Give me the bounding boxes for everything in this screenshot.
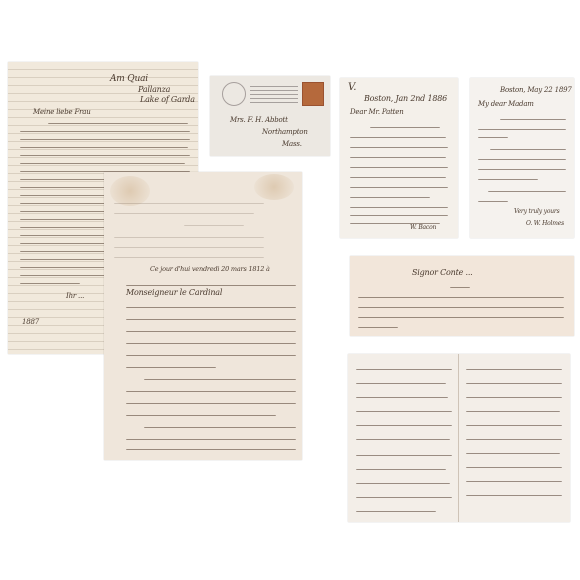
fold-crease bbox=[458, 354, 459, 522]
salutation: Meine liebe Frau bbox=[33, 108, 91, 116]
signature: W. Bacon bbox=[410, 224, 436, 231]
french-letter: Ce jour d'hui vendredi 20 mars 1812 à Mo… bbox=[104, 172, 302, 460]
postage-stamp bbox=[302, 82, 324, 106]
salutation: Dear Mr. Patten bbox=[350, 108, 404, 116]
envelope-address-line-3: Mass. bbox=[282, 140, 302, 148]
opening-line: Ce jour d'hui vendredi 20 mars 1812 à bbox=[150, 265, 270, 273]
closing: Ihr ... bbox=[66, 292, 84, 300]
envelope-address-line-2: Northampton bbox=[262, 128, 308, 136]
date-note: 1887 bbox=[22, 318, 39, 326]
note-heading: Signor Conte ... bbox=[412, 268, 473, 277]
closing: Very truly yours bbox=[514, 208, 559, 215]
italian-note: Signor Conte ... bbox=[350, 256, 574, 336]
boston-letter-jan: V. Boston, Jan 2nd 1886 Dear Mr. Patten … bbox=[340, 78, 458, 238]
boston-letter-may: Boston, May 22 1897 My dear Madam Very t… bbox=[470, 78, 574, 238]
address-line-2: Pallanza bbox=[138, 85, 170, 94]
envelope-address-line-1: Mrs. F. H. Abbott bbox=[230, 116, 288, 124]
address-line-1: Am Quai bbox=[110, 74, 148, 84]
corner-mark: V. bbox=[348, 82, 356, 93]
dateline: Boston, May 22 1897 bbox=[500, 86, 572, 94]
address-line-3: Lake of Garda bbox=[140, 95, 195, 104]
addressee-line: Monseigneur le Cardinal bbox=[126, 288, 222, 297]
postmark bbox=[222, 82, 246, 106]
folded-letter bbox=[348, 354, 570, 522]
salutation: My dear Madam bbox=[478, 100, 534, 108]
signature: O. W. Holmes bbox=[526, 220, 564, 227]
envelope: Mrs. F. H. Abbott Northampton Mass. bbox=[210, 76, 330, 156]
dateline: Boston, Jan 2nd 1886 bbox=[364, 94, 447, 103]
